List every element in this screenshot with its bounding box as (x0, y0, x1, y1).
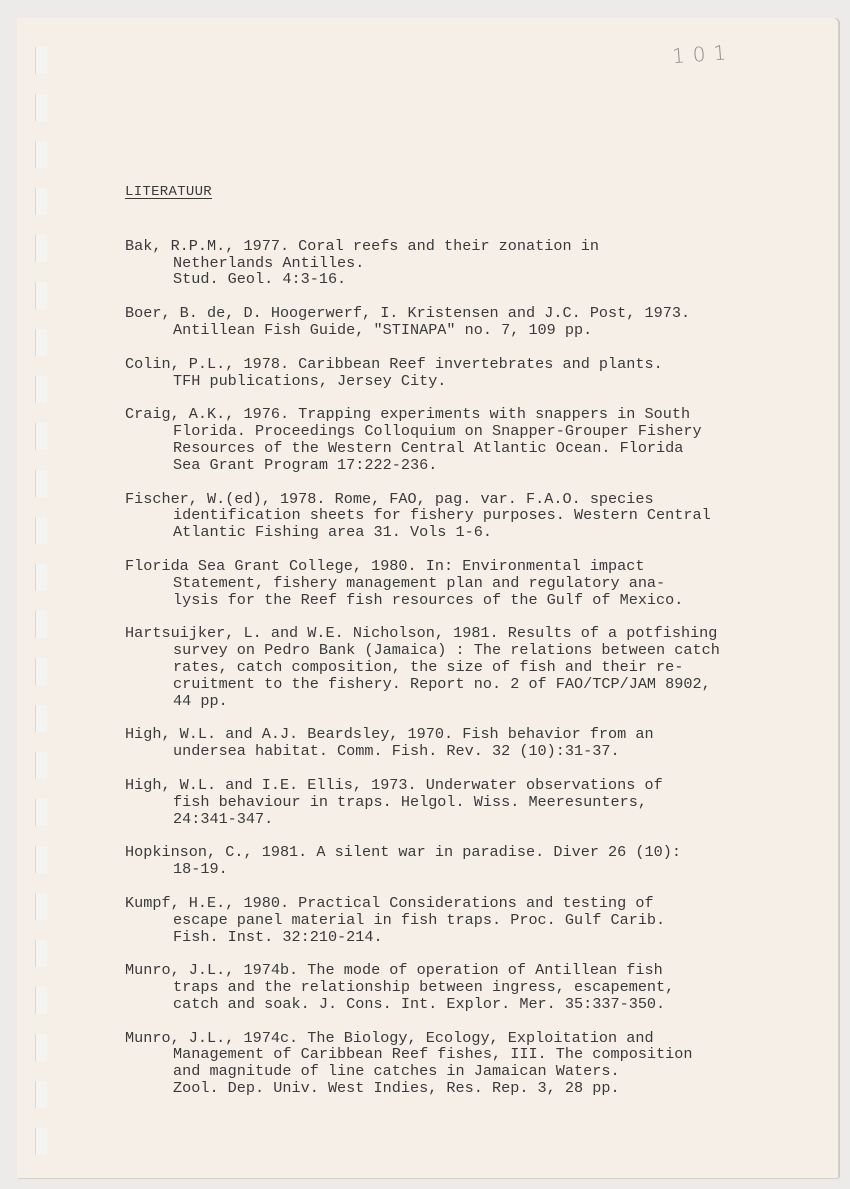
punch-hole (35, 752, 47, 779)
punch-hole (35, 470, 47, 497)
reference-entry: Boer, B. de, D. Hoogerwerf, I. Kristense… (125, 305, 825, 339)
punch-hole (35, 893, 47, 920)
punch-hole (35, 282, 47, 309)
reference-line: Bak, R.P.M., 1977. Coral reefs and their… (125, 238, 825, 255)
reference-line: Florida. Proceedings Colloquium on Snapp… (125, 423, 825, 440)
reference-line: Fischer, W.(ed), 1978. Rome, FAO, pag. v… (125, 491, 825, 508)
punch-hole (35, 517, 47, 544)
punch-hole (35, 141, 47, 168)
reference-line: Atlantic Fishing area 31. Vols 1-6. (125, 524, 825, 541)
reference-line: Craig, A.K., 1976. Trapping experiments … (125, 406, 825, 423)
reference-entry: High, W.L. and A.J. Beardsley, 1970. Fis… (125, 726, 825, 760)
reference-line: Boer, B. de, D. Hoogerwerf, I. Kristense… (125, 305, 825, 322)
reference-line: identification sheets for fishery purpos… (125, 507, 825, 524)
reference-line: Florida Sea Grant College, 1980. In: Env… (125, 558, 825, 575)
section-heading: LITERATUUR (125, 184, 212, 201)
reference-entry: High, W.L. and I.E. Ellis, 1973. Underwa… (125, 777, 825, 827)
reference-line: traps and the relationship between ingre… (125, 979, 825, 996)
punch-hole (35, 564, 47, 591)
punch-hole (35, 799, 47, 826)
reference-line: Munro, J.L., 1974c. The Biology, Ecology… (125, 1030, 825, 1047)
reference-line: Netherlands Antilles. (125, 255, 825, 272)
reference-line: 44 pp. (125, 693, 825, 710)
reference-entry: Fischer, W.(ed), 1978. Rome, FAO, pag. v… (125, 491, 825, 541)
punch-hole (35, 1081, 47, 1108)
reference-entry: Craig, A.K., 1976. Trapping experiments … (125, 406, 825, 473)
reference-line: Zool. Dep. Univ. West Indies, Res. Rep. … (125, 1080, 825, 1097)
reference-line: escape panel material in fish traps. Pro… (125, 912, 825, 929)
reference-line: Munro, J.L., 1974b. The mode of operatio… (125, 962, 825, 979)
punch-hole (35, 329, 47, 356)
reference-entry: Colin, P.L., 1978. Caribbean Reef invert… (125, 356, 825, 390)
reference-line: catch and soak. J. Cons. Int. Explor. Me… (125, 996, 825, 1013)
punch-hole (35, 1128, 47, 1155)
reference-line: 24:341-347. (125, 811, 825, 828)
punch-hole (35, 423, 47, 450)
reference-line: Colin, P.L., 1978. Caribbean Reef invert… (125, 356, 825, 373)
punch-hole (35, 658, 47, 685)
reference-line: rates, catch composition, the size of fi… (125, 659, 825, 676)
reference-line: Statement, fishery management plan and r… (125, 575, 825, 592)
punch-hole (35, 47, 47, 74)
reference-line: Fish. Inst. 32:210-214. (125, 929, 825, 946)
punch-hole (35, 188, 47, 215)
reference-line: High, W.L. and I.E. Ellis, 1973. Underwa… (125, 777, 825, 794)
reference-entry: Munro, J.L., 1974b. The mode of operatio… (125, 962, 825, 1012)
punch-hole (35, 376, 47, 403)
reference-line: 18-19. (125, 861, 825, 878)
reference-entry: Hartsuijker, L. and W.E. Nicholson, 1981… (125, 625, 825, 709)
punch-hole (35, 235, 47, 262)
reference-entry: Florida Sea Grant College, 1980. In: Env… (125, 558, 825, 608)
reference-line: Management of Caribbean Reef fishes, III… (125, 1046, 825, 1063)
reference-entry: Munro, J.L., 1974c. The Biology, Ecology… (125, 1030, 825, 1097)
reference-line: lysis for the Reef fish resources of the… (125, 592, 825, 609)
punch-hole (35, 94, 47, 121)
reference-line: Hartsuijker, L. and W.E. Nicholson, 1981… (125, 625, 825, 642)
reference-entry: Hopkinson, C., 1981. A silent war in par… (125, 844, 825, 878)
reference-line: undersea habitat. Comm. Fish. Rev. 32 (1… (125, 743, 825, 760)
reference-line: TFH publications, Jersey City. (125, 373, 825, 390)
reference-line: High, W.L. and A.J. Beardsley, 1970. Fis… (125, 726, 825, 743)
reference-line: fish behaviour in traps. Helgol. Wiss. M… (125, 794, 825, 811)
reference-line: Kumpf, H.E., 1980. Practical Considerati… (125, 895, 825, 912)
reference-entry: Bak, R.P.M., 1977. Coral reefs and their… (125, 238, 825, 288)
reference-line: survey on Pedro Bank (Jamaica) : The rel… (125, 642, 825, 659)
reference-line: Resources of the Western Central Atlanti… (125, 440, 825, 457)
punch-hole (35, 705, 47, 732)
reference-line: and magnitude of line catches in Jamaica… (125, 1063, 825, 1080)
reference-line: Sea Grant Program 17:222-236. (125, 457, 825, 474)
reference-line: Hopkinson, C., 1981. A silent war in par… (125, 844, 825, 861)
punch-hole (35, 987, 47, 1014)
reference-entry: Kumpf, H.E., 1980. Practical Considerati… (125, 895, 825, 945)
punch-hole (35, 940, 47, 967)
reference-line: Antillean Fish Guide, "STINAPA" no. 7, 1… (125, 322, 825, 339)
punch-hole (35, 611, 47, 638)
reference-line: Stud. Geol. 4:3-16. (125, 271, 825, 288)
handwritten-page-number: 101 (671, 40, 735, 68)
punch-hole (35, 1034, 47, 1061)
reference-line: cruitment to the fishery. Report no. 2 o… (125, 676, 825, 693)
reference-list: LITERATUUR Bak, R.P.M., 1977. Coral reef… (125, 178, 825, 1114)
punch-hole (35, 846, 47, 873)
